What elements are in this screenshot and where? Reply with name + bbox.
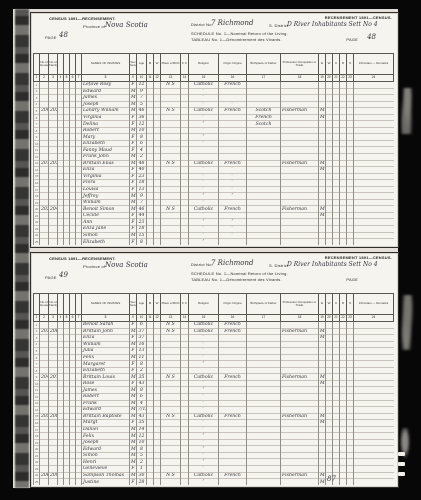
column-number: 17 [247,315,281,322]
microfilm-scan-view: { "form": { "title_left": "CENSUS 1891—R… [0,0,421,500]
page-label-right: PAGE [346,277,358,282]
cell-fb [247,479,281,485]
cell-blank [347,479,354,485]
column-header: W [326,294,333,315]
district-label: District No. [191,262,213,267]
cell-name: Elizabeth [82,239,130,245]
page-header: CENSUS 1891—RECENSEMENT. RECENSEMENT 189… [31,13,398,53]
column-header: Place of Birth [161,54,181,75]
column-number: 23 [347,75,354,82]
column-number: 18 [281,75,319,82]
sdistrict-label: S. District [269,23,288,28]
census-table-wrap: No of HouseNo of FamilyNAMES OF INMATESS… [33,53,396,245]
column-number: 15 [189,315,219,322]
column-number: 14 [181,75,189,82]
column-number: 20 [326,75,333,82]
cell-blank [154,479,161,485]
film-edge-mark [399,428,411,462]
cell-blank [340,239,347,245]
column-number: 8 [82,315,130,322]
column-number: 21 [333,75,340,82]
page-number: 48 [59,31,68,39]
cell-sx: M [130,413,137,420]
cell-wg: M [319,206,326,213]
column-header: No of House [40,294,49,315]
cell-wg: M [319,328,326,335]
cell-sx: M [130,426,137,433]
column-header: NAMES OF INMATES [82,294,130,315]
column-header: E [319,54,326,75]
cell-n: 204 [40,374,49,381]
column-header: M [147,294,154,315]
column-number: 19 [319,75,326,82]
schedule-line-fr: TABLEAU No. 1—Dénombrement des Vivants. [191,277,282,282]
column-header: M [147,54,154,75]
cell-sx: M [130,341,137,348]
cell-wg: M [319,472,326,479]
cell-wg: M [319,420,326,427]
census-row: 25JustineF28″M [34,479,394,485]
column-header: Place of Birth [161,294,181,315]
column-header: W [326,54,333,75]
cell-name: Sampson Thomas [82,472,130,479]
cell-f: 206 [49,328,58,335]
film-edge-mark [400,295,414,350]
column-header: F C [181,54,189,75]
column-number: 16 [219,315,247,322]
column-header: F C [181,294,189,315]
cell-sx: M [130,354,137,361]
cell-sx: M [130,452,137,459]
schedule-line-en: SCHEDULE No. 1—Nominal Return of the Liv… [191,271,288,276]
province-label: Province of [83,24,105,29]
film-edge-dash [398,452,405,456]
cell-sx: M [130,459,137,466]
cell-blank [154,239,161,245]
cell-n [40,479,49,485]
column-number: 22 [340,315,347,322]
cell-sx: F [130,239,137,245]
column-header: Age [137,294,147,315]
column-header: U [333,54,340,75]
cell-org [219,239,247,245]
column-number: 14 [181,315,189,322]
census-table-wrap: No of HouseNo of FamilyNAMES OF INMATESS… [33,293,396,485]
column-header: Origin Origine [219,294,247,315]
column-header: No of Family [49,294,58,315]
page-number-right: 48 [367,33,376,41]
column-header: Sex Sexe [130,294,137,315]
page-label-left: PAGE [45,275,57,280]
column-header: Origin Origine [219,54,247,75]
cell-sx: M [130,472,137,479]
column-number: 13 [161,75,181,82]
census-table: No of HouseNo of FamilyNAMES OF INMATESS… [33,293,394,485]
cell-sx: M [130,439,137,446]
cell-sx: M [130,400,137,407]
cell-sx: M [130,433,137,440]
cell-wg: M [319,160,326,167]
cell-blank [147,239,154,245]
cell-sx: M [130,193,137,200]
cell-sx: M [130,394,137,401]
census-page-49: CENSUS 1891—RECENSEMENT. RECENSEMENT 189… [30,252,399,488]
column-header: E [319,294,326,315]
column-number: 16 [219,75,247,82]
film-edge-dash [398,472,405,476]
cell-sx: M [130,127,137,134]
sdistrict-label: S. District [269,263,288,268]
census-row: 25ElizabethF8″ [34,239,394,245]
column-number: 12 [154,75,161,82]
cell-wg: M [319,212,326,219]
tally-note: 87 [327,475,336,483]
page-header: CENSUS 1891—RECENSEMENT. RECENSEMENT 189… [31,253,398,293]
cell-wg: M [319,413,326,420]
cell-sx: M [130,160,137,167]
cell-sx: M [130,446,137,453]
cell-n: 200 [40,108,49,115]
column-header: Religion [189,54,219,75]
cell-sx: M [130,154,137,161]
cell-name: Justine [82,479,130,485]
column-header: W [154,294,161,315]
column-number: 2 [40,75,49,82]
cell-n [40,239,49,245]
column-header: No of House [40,54,49,75]
district-label: District No. [191,22,213,27]
cell-sx: M [130,88,137,95]
column-number: 17 [247,75,281,82]
column-number: 3 [49,315,58,322]
column-number: 20 [326,315,333,322]
column-header: S [347,294,354,315]
cell-blank [354,239,394,245]
column-header: R [340,294,347,315]
cell-f: 208 [49,413,58,420]
cell-a: 7/12 [137,407,147,414]
film-edge-mark [401,88,414,134]
cell-sx: M [130,374,137,381]
cell-sx: M [130,328,137,335]
schedule-line-en: SCHEDULE No. 1—Nominal Return of the Liv… [191,31,288,36]
column-header: W [154,54,161,75]
page-label-left: PAGE [45,35,57,40]
cell-sx: M [130,199,137,206]
cell-occ [281,239,319,245]
column-header: Sex Sexe [130,54,137,75]
column-number: 10 [137,315,147,322]
census-page-48: CENSUS 1891—RECENSEMENT. RECENSEMENT 189… [30,12,399,248]
column-number: 11 [147,315,154,322]
cell-wg: M [319,479,326,485]
column-header: R [340,54,347,75]
cell-sx: M [130,206,137,213]
cell-a: 28 [137,479,147,485]
cell-blank [147,479,154,485]
column-header: S [347,54,354,75]
column-header: Religion [189,294,219,315]
column-number: 13 [161,315,181,322]
cell-wg: M [319,335,326,342]
column-header: No of Family [49,54,58,75]
cell-blank [326,239,333,245]
cell-wg: M [319,167,326,174]
cell-sx: M [130,101,137,108]
census-title-right: RECENSEMENT 1891—CENSUS. [325,15,392,20]
district-value: 7 Richmond [211,19,253,27]
cell-rel: ″ [189,479,219,485]
cell-wg [319,239,326,245]
cell-n: 205 [40,413,49,420]
column-number: 19 [319,315,326,322]
column-header: Profession Occupation or Trade [281,294,319,315]
column-number: 12 [154,315,161,322]
cell-sx: M [130,232,137,239]
column-number: 24 [354,75,394,82]
cell-f: 202 [49,108,58,115]
cell-org [219,479,247,485]
cell-blank [354,479,394,485]
column-header: Profession Occupation or Trade [281,54,319,75]
cell-wg: M [319,108,326,115]
column-number: 11 [147,75,154,82]
cell-fb [247,239,281,245]
column-number: 22 [340,75,347,82]
schedule-line-fr: TABLEAU No. 1—Dénombrement des Vivants. [191,37,282,42]
cell-f: 209 [49,472,58,479]
page-number: 49 [59,271,68,279]
column-header: U [333,294,340,315]
cell-blank [181,479,189,485]
column-number: 24 [354,315,394,322]
column-number: 15 [189,75,219,82]
column-header: Birthplace of Father [247,54,281,75]
column-header: Infirmities — Remarks [354,54,394,75]
province-label: Province of [83,264,105,269]
cell-blank [340,479,347,485]
column-header: Infirmities — Remarks [354,294,394,315]
sdistrict-value: D River Inhabitants Sett No 4 [287,261,378,268]
cell-blank [181,239,189,245]
binding-edge-smudge [15,9,29,488]
column-number: 10 [137,75,147,82]
cell-n: 201 [40,160,49,167]
census-title-right: RECENSEMENT 1891—CENSUS. [325,255,392,260]
census-table: No of HouseNo of FamilyNAMES OF INMATESS… [33,53,394,245]
province-value: Nova Scotia [105,21,148,29]
column-number: 21 [333,315,340,322]
district-value: 7 Richmond [211,259,253,267]
cell-bp [161,479,181,485]
cell-wg: M [319,114,326,121]
cell-n: 203 [40,328,49,335]
cell-a: 8 [137,239,147,245]
column-header: Age [137,54,147,75]
column-number: 3 [49,75,58,82]
column-header: Birthplace of Father [247,294,281,315]
cell-rel: ″ [189,239,219,245]
cell-sx: M [130,95,137,102]
page-label-right: PAGE [346,37,358,42]
province-value: Nova Scotia [105,261,148,269]
column-number: 9 [130,315,137,322]
cell-wg: M [319,380,326,387]
film-edge-dash [398,462,405,466]
sdistrict-value: D River Inhabitants Sett No 4 [287,21,378,28]
cell-sx: M [130,108,137,115]
cell-occ [281,479,319,485]
cell-f: 204 [49,206,58,213]
cell-f [49,479,58,485]
cell-n: 202 [40,206,49,213]
cell-wg: M [319,374,326,381]
column-number: 2 [40,315,49,322]
cell-bp [161,239,181,245]
column-number: 9 [130,75,137,82]
column-number: 8 [82,75,130,82]
cell-sx: F [130,479,137,485]
column-number: 23 [347,315,354,322]
column-header: NAMES OF INMATES [82,54,130,75]
cell-f: 207 [49,374,58,381]
cell-sx: M [130,387,137,394]
cell-blank [333,239,340,245]
cell-n: 206 [40,472,49,479]
column-number: 18 [281,315,319,322]
cell-f [49,239,58,245]
cell-blank [347,239,354,245]
cell-sx: M [130,407,137,414]
cell-f: 203 [49,160,58,167]
